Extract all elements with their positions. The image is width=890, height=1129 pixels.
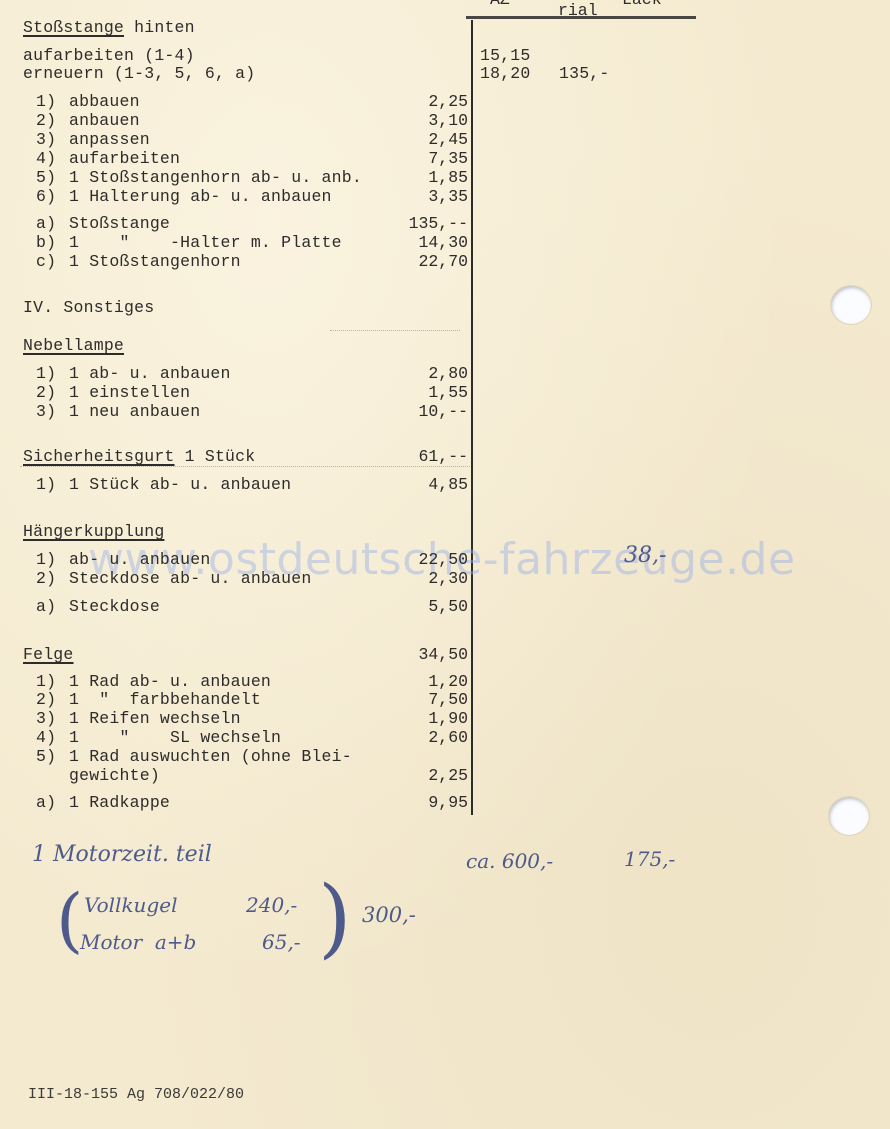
- item-key: 1): [36, 672, 56, 691]
- item-key: 6): [36, 187, 56, 206]
- handwritten-sub1-value: 240,-: [246, 893, 297, 917]
- section-title-nebellampe: Nebellampe: [23, 336, 124, 355]
- item-value: 2,80: [378, 364, 468, 383]
- item-key: 5): [36, 747, 56, 766]
- item-value: 7,50: [378, 690, 468, 709]
- section-title-felge: Felge: [23, 645, 74, 664]
- item-label: 1 ab- u. anbauen: [69, 364, 231, 383]
- item-key: 2): [36, 690, 56, 709]
- item-value: 3,35: [378, 187, 468, 206]
- item-key: 4): [36, 728, 56, 747]
- section-value-sicherheitsgurt: 61,--: [378, 447, 468, 466]
- document-page: AZ rial Lack Stoßstange hinten aufarbeit…: [0, 0, 890, 1129]
- item-key: 2): [36, 569, 56, 588]
- item-value: 2,30: [378, 569, 468, 588]
- part-value: 9,95: [378, 793, 468, 812]
- item-value: 1,85: [378, 168, 468, 187]
- item-value: 1,90: [378, 709, 468, 728]
- item-key: 3): [36, 130, 56, 149]
- punch-hole-bottom: [829, 797, 869, 835]
- item-label: Steckdose ab- u. anbauen: [69, 569, 311, 588]
- part-value: 22,70: [378, 252, 468, 271]
- punch-hole-top: [831, 286, 871, 324]
- section-title-sicherheitsgurt: Sicherheitsgurt 1 Stück: [23, 447, 255, 466]
- section-heading-sonstiges: IV. Sonstiges: [23, 298, 154, 317]
- item-label-continued: gewichte): [69, 766, 160, 785]
- part-label: 1 Stoßstangenhorn: [69, 252, 241, 271]
- section-value-felge: 34,50: [378, 645, 468, 664]
- part-key: b): [36, 233, 56, 252]
- part-value: 135,--: [378, 214, 468, 233]
- part-value: 5,50: [378, 597, 468, 616]
- item-value: 7,35: [378, 149, 468, 168]
- item-value: 22,50: [378, 550, 468, 569]
- item-label: 1 Reifen wechseln: [69, 709, 241, 728]
- column-header-lack: Lack: [622, 0, 662, 9]
- summary-aufarbeiten-label: aufarbeiten (1-4): [23, 46, 195, 65]
- item-value: 10,--: [378, 402, 468, 421]
- item-key: 2): [36, 383, 56, 402]
- part-key: a): [36, 793, 56, 812]
- item-key: 1): [36, 550, 56, 569]
- section-title-haengerkupplung: Hängerkupplung: [23, 522, 164, 541]
- item-value: 2,25: [378, 766, 468, 785]
- handwritten-sub2-value: 65,-: [262, 930, 301, 954]
- part-key: a): [36, 597, 56, 616]
- handwritten-bracket-total: 300,-: [362, 903, 416, 927]
- column-divider: [471, 20, 473, 815]
- part-key: a): [36, 214, 56, 233]
- summary-erneuern-az: 18,20: [480, 64, 531, 83]
- item-label: anpassen: [69, 130, 150, 149]
- item-label: abbauen: [69, 92, 140, 111]
- summary-aufarbeiten-az: 15,15: [480, 46, 531, 65]
- part-label: 1 Radkappe: [69, 793, 170, 812]
- column-header-az: AZ: [490, 0, 510, 9]
- document-reference-footer: III-18-155 Ag 708/022/80: [28, 1086, 244, 1103]
- item-key: 3): [36, 709, 56, 728]
- part-label: Stoßstange: [69, 214, 170, 233]
- item-value: 2,45: [378, 130, 468, 149]
- handwritten-sub2-label: Motor a+b: [80, 930, 196, 954]
- header-rule: [466, 16, 696, 19]
- handwritten-sub1-label: Vollkugel: [84, 893, 177, 917]
- item-key: 1): [36, 92, 56, 111]
- item-key: 1): [36, 364, 56, 383]
- part-label: 1 " -Halter m. Platte: [69, 233, 342, 252]
- part-value: 14,30: [378, 233, 468, 252]
- handwritten-close-paren: ): [318, 870, 352, 966]
- part-key: c): [36, 252, 56, 271]
- handwritten-material-value: 38,-: [624, 543, 666, 568]
- item-label: 1 Halterung ab- u. anbauen: [69, 187, 332, 206]
- item-label: 1 Rad ab- u. anbauen: [69, 672, 271, 691]
- item-label: aufarbeiten: [69, 149, 180, 168]
- item-value: 1,55: [378, 383, 468, 402]
- item-key: 3): [36, 402, 56, 421]
- item-value: 2,60: [378, 728, 468, 747]
- item-label: ab- u. anbauen: [69, 550, 210, 569]
- faint-rule: [330, 330, 460, 331]
- section-title-stossstange: Stoßstange hinten: [23, 18, 195, 37]
- item-label: 1 einstellen: [69, 383, 190, 402]
- item-value: 1,20: [378, 672, 468, 691]
- item-label: 1 Stück ab- u. anbauen: [69, 475, 291, 494]
- item-label: anbauen: [69, 111, 140, 130]
- part-label: Steckdose: [69, 597, 160, 616]
- item-key: 1): [36, 475, 56, 494]
- handwritten-note-title: 1 Motorzeit. teil: [32, 842, 212, 867]
- item-label: 1 Stoßstangenhorn ab- u. anb.: [69, 168, 362, 187]
- item-label: 1 " farbbehandelt: [69, 690, 261, 709]
- item-value: 2,25: [378, 92, 468, 111]
- handwritten-approx-total: ca. 600,-: [466, 849, 553, 873]
- item-label: 1 neu anbauen: [69, 402, 200, 421]
- faint-rule: [20, 466, 470, 467]
- item-key: 2): [36, 111, 56, 130]
- item-value: 3,10: [378, 111, 468, 130]
- handwritten-right-value: 175,-: [624, 847, 675, 871]
- summary-erneuern-material: 135,-: [559, 64, 610, 83]
- item-value: 4,85: [378, 475, 468, 494]
- summary-erneuern-label: erneuern (1-3, 5, 6, a): [23, 64, 255, 83]
- item-label: 1 Rad auswuchten (ohne Blei-: [69, 747, 352, 766]
- item-label: 1 " SL wechseln: [69, 728, 281, 747]
- item-key: 4): [36, 149, 56, 168]
- item-key: 5): [36, 168, 56, 187]
